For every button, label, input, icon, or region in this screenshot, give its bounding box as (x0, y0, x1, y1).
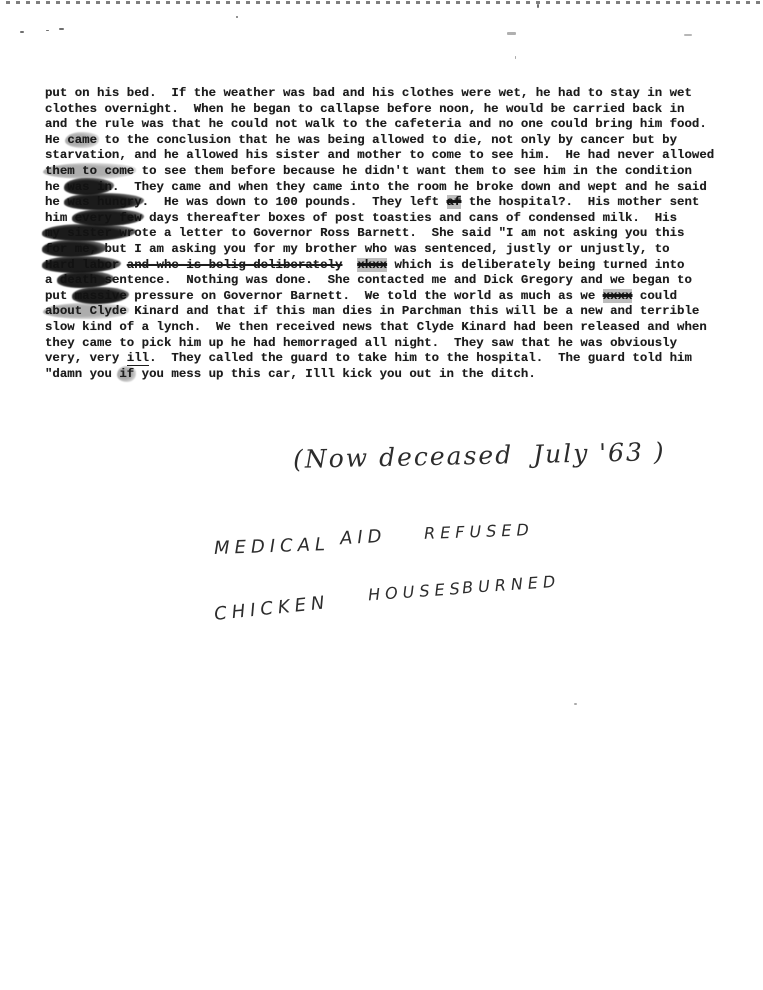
typed-line: they came to pick him up he had hemorrag… (45, 336, 735, 352)
typed-line: for me, but I am asking you for my broth… (45, 242, 735, 258)
scan-speck (236, 16, 238, 18)
scan-speck (46, 30, 49, 31)
scan-speck (574, 703, 577, 705)
typed-line: Hard labor and-whe-is-belig-deliberately… (45, 258, 735, 274)
scan-speck (684, 34, 692, 36)
handwritten-note-deceased: (Now deceased July '63 ) (293, 437, 666, 474)
typed-line: slow kind of a lynch. We then received n… (45, 320, 735, 336)
handwritten-note-chicken-word: CHICKEN (213, 592, 330, 625)
typed-line: starvation, and he allowed his sister an… (45, 148, 735, 164)
typed-line: a death sentence. Nothing was done. She … (45, 273, 735, 289)
typed-line: clothes overnight. When he began to call… (45, 102, 735, 118)
typed-line: my sister wrote a letter to Governor Ros… (45, 226, 735, 242)
scan-speck (59, 28, 64, 30)
typed-line: about Clyde Kinard and that if this man … (45, 304, 735, 320)
typed-line: he was hungry. He was down to 100 pounds… (45, 195, 735, 211)
scan-speck (537, 4, 539, 8)
typed-line: him every few days thereafter boxes of p… (45, 211, 735, 227)
typed-line: put massive pressure on Governor Barnett… (45, 289, 735, 305)
typed-line: them to come to see them before because … (45, 164, 735, 180)
scan-speck (507, 32, 516, 35)
scanned-document-page: put on his bed. If the weather was bad a… (0, 0, 763, 990)
handwritten-note-chicken-word: BURNED (461, 572, 560, 598)
handwritten-note-medical-word: MEDICAL (214, 534, 331, 559)
typed-line: "damn you if you mess up this car, Illl … (45, 367, 735, 383)
typed-line: he was in. They came and when they came … (45, 180, 735, 196)
scan-speck (515, 56, 516, 59)
handwritten-note-medical-word: AID (339, 526, 387, 549)
typed-line: very, very ill. They called the guard to… (45, 351, 735, 367)
perforated-scan-edge (6, 1, 763, 4)
typed-line: put on his bed. If the weather was bad a… (45, 86, 735, 102)
handwritten-note-medical-word: REFUSED (424, 520, 534, 543)
scan-speck (20, 31, 24, 33)
typed-line: He came to the conclusion that he was be… (45, 133, 735, 149)
typed-line: and the rule was that he could not walk … (45, 117, 735, 133)
typed-paragraph: put on his bed. If the weather was bad a… (45, 86, 735, 382)
handwritten-note-chicken-word: HOUSES (367, 579, 465, 605)
